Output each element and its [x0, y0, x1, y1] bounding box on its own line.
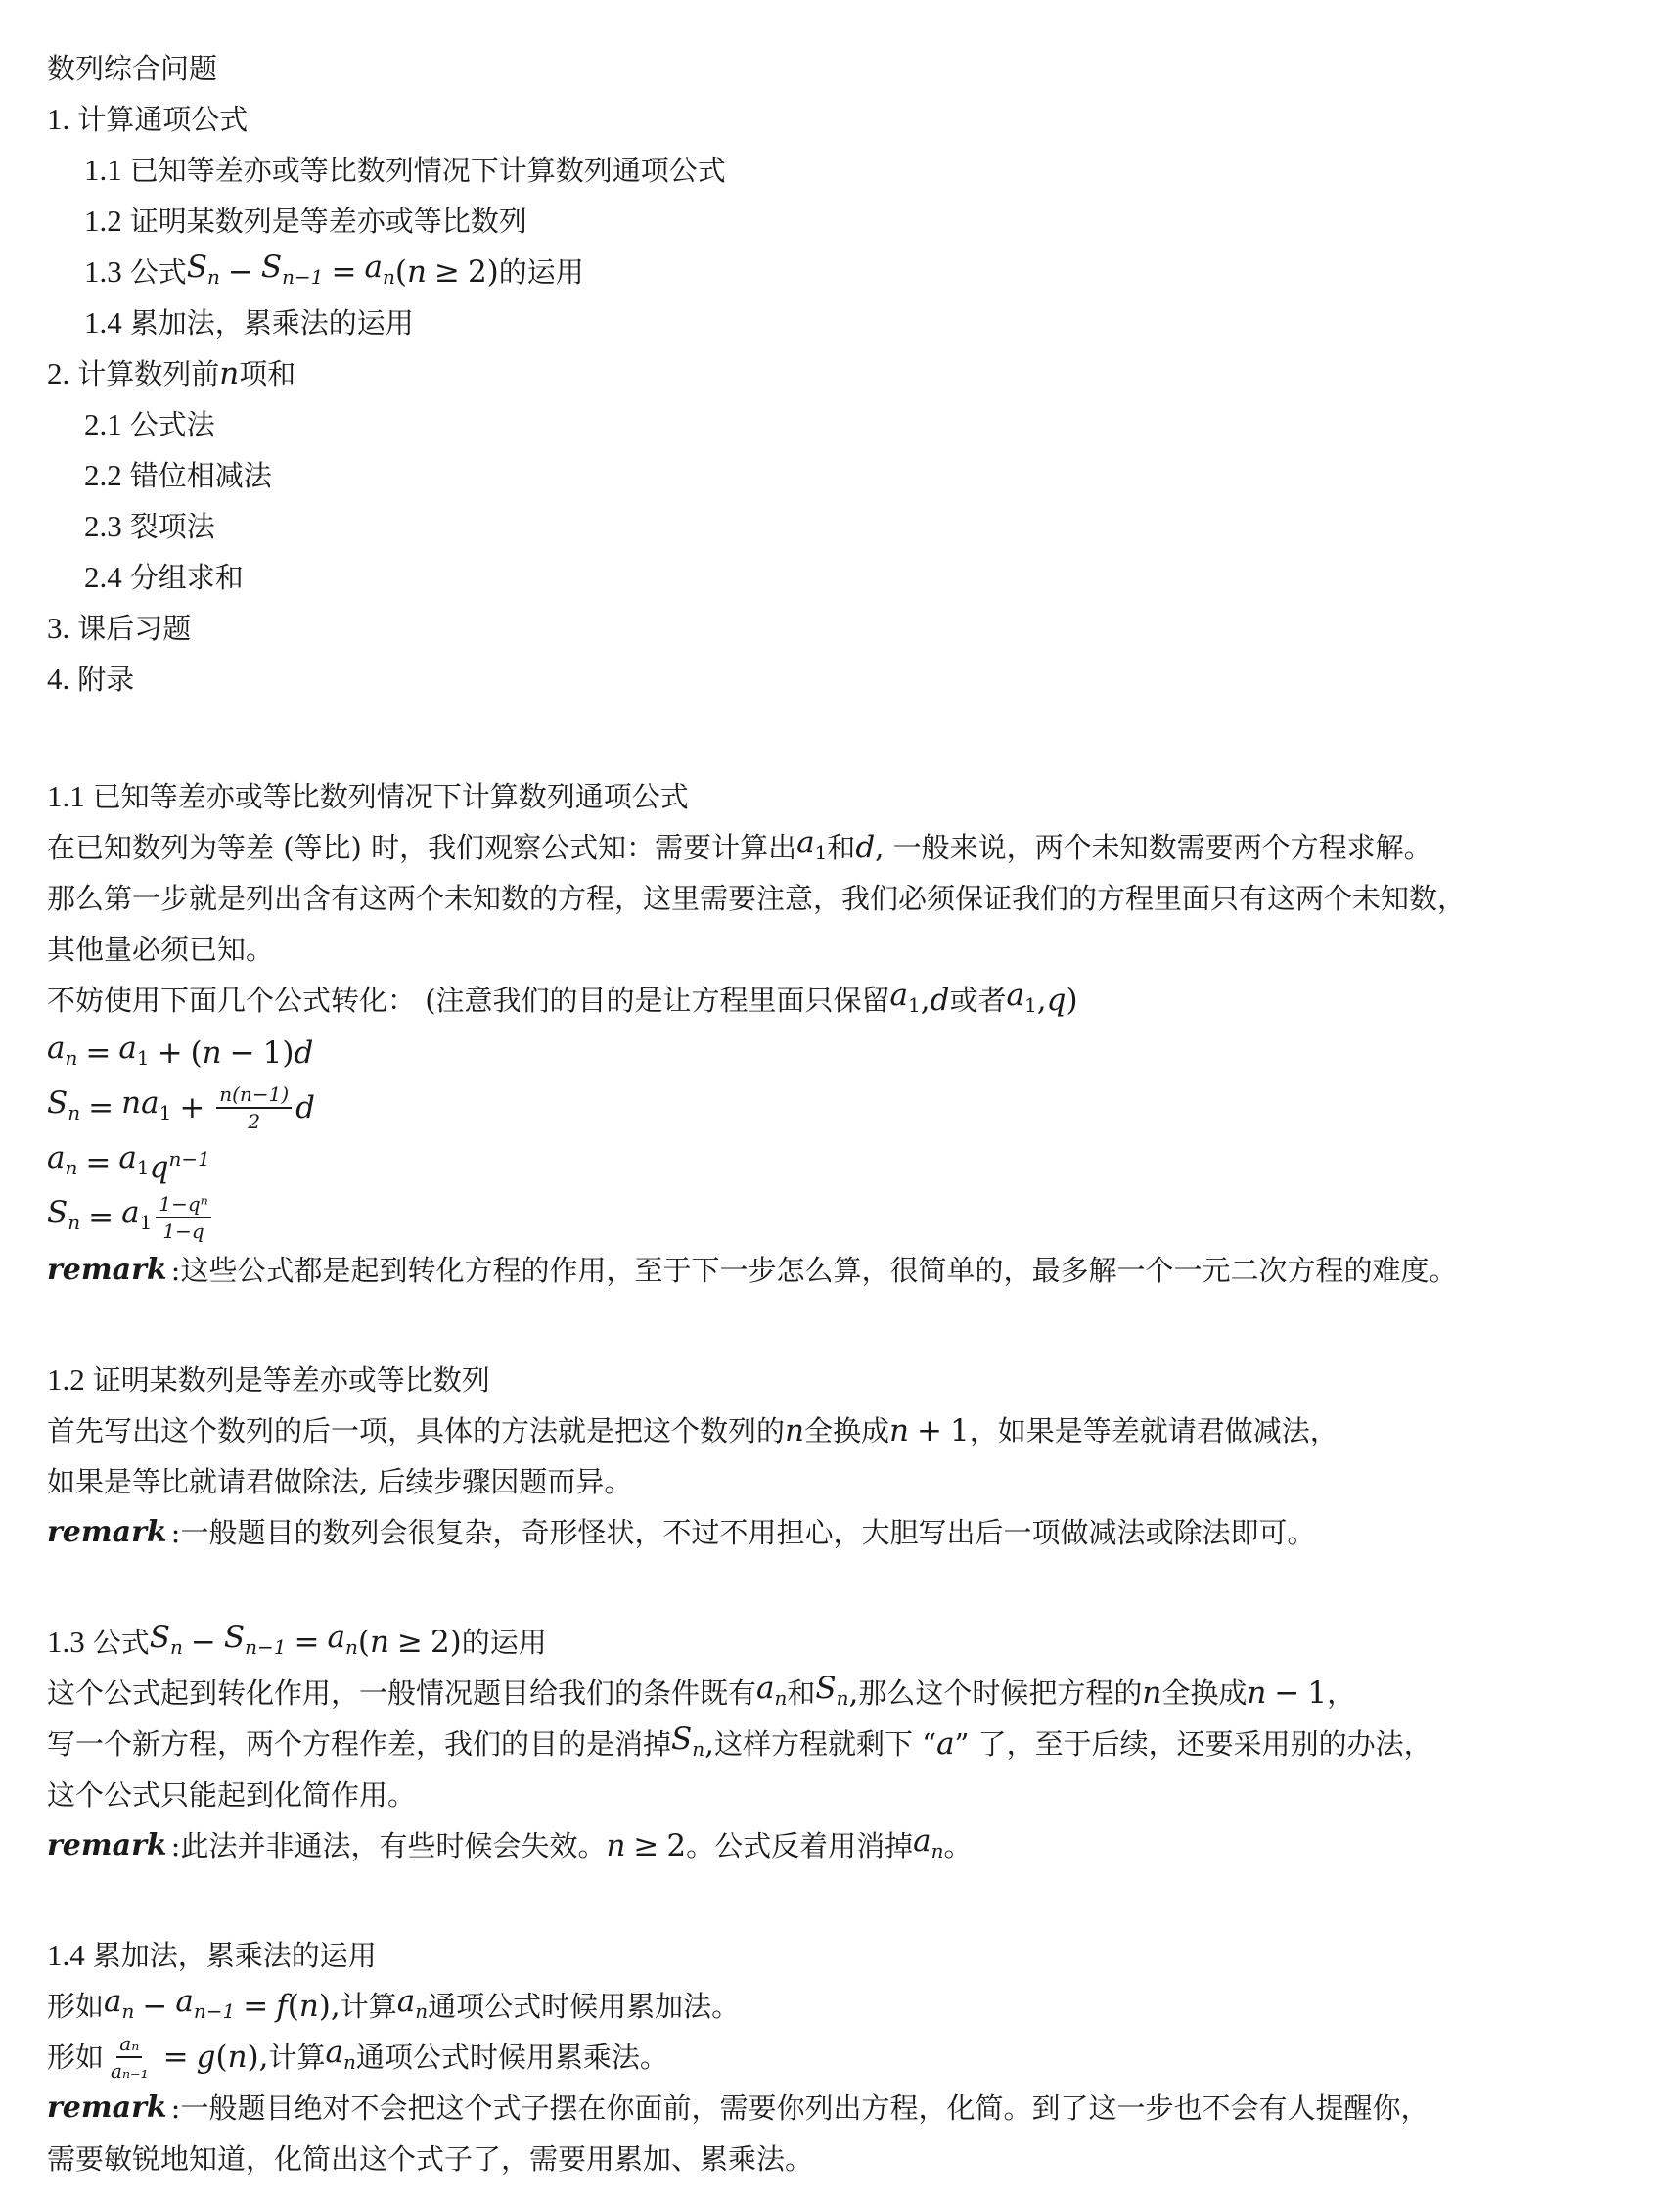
text-run: 那么这个时候把方程的: [858, 1668, 1142, 1719]
math-variable: Sn: [187, 242, 220, 302]
math-subscript: 1: [140, 1211, 153, 1234]
toc-chapter: 1.计算通项公式: [47, 94, 1680, 145]
text-run: 形如: [47, 1981, 104, 2032]
text-run: , 一般来说，两个未知数需要两个方程求解。: [875, 822, 1431, 873]
section-number: 1.3: [84, 247, 122, 298]
math-operator: =: [324, 247, 365, 298]
text-run: 计算: [269, 2032, 326, 2083]
document-page: 数列综合问题 1.计算通项公式1.1已知等差亦或等比数列情况下计算数列通项公式1…: [0, 0, 1680, 2184]
table-of-contents: 1.计算通项公式1.1已知等差亦或等比数列情况下计算数列通项公式1.2证明某数列…: [47, 94, 1680, 705]
text-run: :一般题目绝对不会把这个式子摆在你面前，需要你列出方程，化简。到了这一步也不会有…: [171, 2083, 1430, 2134]
math-variable: n: [1142, 1668, 1161, 1719]
math-subscript: n−1: [282, 265, 323, 289]
math-variable: a1: [1007, 970, 1037, 1031]
math-operator: =: [235, 1981, 276, 2032]
math-subscript: n: [837, 1686, 849, 1710]
math-operator: +: [150, 1028, 191, 1079]
math-subscript: 1: [815, 841, 828, 864]
math-variable: an: [328, 1612, 358, 1673]
fraction-numerator: aₙ: [116, 2034, 142, 2058]
text-run: :这些公式都是起到转化方程的作用，至于下一步怎么算，很简单的，最多解一个一元二次…: [171, 1245, 1458, 1296]
math-subscript: n: [170, 1635, 183, 1659]
text-run: 的运用: [462, 1617, 547, 1668]
math-subscript: 1: [159, 1101, 172, 1125]
paragraph-line: 不妨使用下面几个公式转化： (注意我们的目的是让方程里面只保留 a1, d 或者…: [47, 975, 1680, 1026]
math-variable: n: [606, 1820, 625, 1871]
remark-line: remark:此法并非通法，有些时候会失效。 n≥2 。公式反着用消掉 an 。: [47, 1820, 1680, 1871]
text-run: ，如果是等差就请君做减法，: [970, 1405, 1339, 1456]
math-variable: an: [397, 1976, 428, 2037]
document-sections: 1.1已知等差亦或等比数列情况下计算数列通项公式在已知数列为等差 (等比) 时，…: [47, 771, 1680, 2184]
document-title: 数列综合问题: [47, 43, 1680, 94]
math-subscript: 1: [137, 1046, 150, 1070]
text-run: 形如: [47, 2032, 104, 2083]
text-run: 计算通项公式: [77, 94, 248, 145]
section-number: 1.: [47, 94, 69, 145]
math-variable: a1: [796, 817, 827, 878]
math-subscript: n: [68, 1211, 80, 1234]
paragraph-line: 形如 an−an−1=f(n), 计算 an 通项公式时候用累加法。: [47, 1981, 1680, 2032]
text-run: 累加法，累乘法的运用: [130, 298, 414, 348]
math-subscript: n: [383, 265, 395, 289]
text-run: 这个公式只能起到化简作用。: [47, 1769, 416, 1820]
text-run: 附录: [77, 654, 134, 705]
text-run: 其他量必须已知。: [47, 924, 274, 975]
math-subscript: n: [343, 2050, 356, 2074]
section-heading: 1.2证明某数列是等差亦或等比数列: [47, 1355, 1680, 1405]
math-variable: an: [104, 1976, 134, 2037]
text-run: 已知等差亦或等比数列情况下计算数列通项公式: [130, 145, 726, 196]
math-variable: n: [1247, 1668, 1266, 1719]
math-symbol: (: [395, 247, 407, 298]
text-run: 计算: [341, 1981, 397, 2032]
math-operator: +: [909, 1405, 950, 1456]
math-symbol: ,: [849, 1668, 859, 1719]
math-subscript: n: [65, 1046, 77, 1070]
paragraph-line: 这个公式只能起到化简作用。: [47, 1769, 1680, 1820]
text-run: 累加法，累乘法的运用: [93, 1930, 377, 1981]
math-symbol: ),: [248, 2032, 269, 2083]
toc-chapter: 4.附录: [47, 654, 1680, 705]
section-1-2: 1.2证明某数列是等差亦或等比数列首先写出这个数列的后一项，具体的方法就是把这个…: [47, 1355, 1680, 1558]
math-subscript: 1: [1024, 993, 1037, 1017]
paragraph-line: 在已知数列为等差 (等比) 时，我们观察公式知：需要计算出 a1 和 d, 一般…: [47, 822, 1680, 873]
text-run: 裂项法: [130, 501, 215, 552]
text-run: 公式: [130, 247, 187, 298]
math-variable: d: [295, 1082, 315, 1133]
fraction-numerator: 1−qⁿ: [156, 1194, 210, 1218]
section-spacer: [47, 705, 1680, 771]
math-variable: n: [219, 348, 239, 399]
math-operator: +: [171, 1082, 212, 1133]
text-run: 这个公式起到转化作用，一般情况题目给我们的条件既有: [47, 1668, 756, 1719]
math-operator: =: [80, 1082, 121, 1133]
text-run: 的运用: [499, 247, 584, 298]
text-run: 那么第一步就是列出含有这两个未知数的方程，这里需要注意，我们必须保证我们的方程里…: [47, 873, 1466, 924]
math-variable: Sn: [671, 1714, 704, 1774]
math-subscript: 1: [908, 993, 921, 1017]
text-run: 公式: [93, 1617, 150, 1668]
section-heading: 1.3公式 Sn−Sn−1=an(n≥2) 的运用: [47, 1617, 1680, 1668]
section-spacer: [47, 1558, 1680, 1617]
paragraph-line: 那么第一步就是列出含有这两个未知数的方程，这里需要注意，我们必须保证我们的方程里…: [47, 873, 1680, 924]
section-1-3: 1.3公式 Sn−Sn−1=an(n≥2) 的运用这个公式起到转化作用，一般情况…: [47, 1617, 1680, 1871]
math-operator: =: [77, 1028, 118, 1079]
text-run: 这样方程就剩下 “: [714, 1719, 936, 1769]
math-fraction: n(n−1)2: [216, 1084, 292, 1131]
remark-label: remark: [47, 1820, 167, 1871]
math-symbol: (: [215, 2032, 227, 2083]
section-number: 3.: [47, 603, 69, 654]
toc-subsection: 1.2证明某数列是等差亦或等比数列: [47, 196, 1680, 247]
remark-label: remark: [47, 1245, 167, 1296]
math-symbol: ,: [1037, 975, 1047, 1026]
section-number: 2.: [47, 348, 69, 399]
math-symbol: (: [288, 1981, 299, 2032]
math-subscript: n−1: [194, 1999, 235, 2023]
math-symbol: ): [1066, 975, 1077, 1026]
math-subscript: n: [692, 1737, 704, 1761]
math-variable: a1: [121, 1187, 152, 1248]
toc-subsection: 2.3裂项法: [47, 501, 1680, 552]
math-symbol: 2: [666, 1820, 686, 1871]
section-heading: 1.4累加法，累乘法的运用: [47, 1930, 1680, 1981]
text-run: 项和: [239, 348, 295, 399]
section-number: 2.2: [84, 450, 122, 501]
text-run: 和: [787, 1668, 815, 1719]
math-symbol: 2): [468, 247, 499, 298]
formula-line: an=a1+(n−1)d: [47, 1026, 1680, 1080]
section-1-4: 1.4累加法，累乘法的运用形如 an−an−1=f(n), 计算 an 通项公式…: [47, 1930, 1680, 2184]
remark-line: remark:一般题目的数列会很复杂，奇形怪状，不过不用担心，大胆写出后一项做减…: [47, 1507, 1680, 1558]
text-run: 。: [944, 1820, 973, 1871]
math-variable: an: [47, 1023, 77, 1083]
math-variable: an: [326, 2027, 356, 2088]
toc-subsection: 2.1公式法: [47, 399, 1680, 450]
math-operator: =: [80, 1192, 121, 1243]
paragraph-line: 如果是等比就请君做除法, 后续步骤因题而异。: [47, 1456, 1680, 1507]
formula-line: an=a1qn−1: [47, 1135, 1680, 1190]
math-symbol: 1): [263, 1028, 295, 1079]
text-run: 证明某数列是等差亦或等比数列: [93, 1355, 490, 1405]
math-subscript: n: [775, 1686, 788, 1710]
text-run: 已知等差亦或等比数列情况下计算数列通项公式: [93, 771, 689, 822]
text-run: 课后习题: [77, 603, 191, 654]
math-operator: ≥: [427, 247, 468, 298]
math-superscript: n−1: [168, 1147, 209, 1171]
math-variable: n: [889, 1405, 909, 1456]
text-run: ” 了，至于后续，还要采用别的办法，: [955, 1719, 1432, 1769]
math-variable: Sn: [47, 1187, 80, 1248]
text-run: :一般题目的数列会很复杂，奇形怪状，不过不用担心，大胆写出后一项做减法或除法即可…: [171, 1507, 1316, 1558]
math-subscript: n: [415, 1999, 428, 2023]
toc-subsection: 2.4分组求和: [47, 552, 1680, 603]
fraction-denominator: 1−q: [159, 1218, 206, 1241]
toc-chapter: 3.课后习题: [47, 603, 1680, 654]
text-run: 需要敏锐地知道，化简出这个式子了，需要用累加、累乘法。: [47, 2134, 813, 2184]
paragraph-line: 首先写出这个数列的后一项，具体的方法就是把这个数列的 n 全换成 n+1 ，如果…: [47, 1405, 1680, 1456]
math-subscript: n: [931, 1839, 944, 1862]
section-number: 2.4: [84, 552, 122, 603]
math-variable: an: [365, 242, 395, 302]
section-spacer: [47, 1296, 1680, 1355]
math-subscript: n: [65, 1156, 77, 1179]
math-operator: ≥: [625, 1820, 666, 1871]
math-variable: d: [931, 975, 950, 1026]
paragraph-line: 这个公式起到转化作用，一般情况题目给我们的条件既有 an 和 Sn, 那么这个时…: [47, 1668, 1680, 1719]
text-run: ，: [1327, 1668, 1355, 1719]
toc-chapter: 2.计算数列前 n 项和: [47, 348, 1680, 399]
text-run: :此法并非通法，有些时候会失效。: [171, 1820, 607, 1871]
math-operator: −: [222, 1028, 263, 1079]
text-run: 首先写出这个数列的后一项，具体的方法就是把这个数列的: [47, 1405, 785, 1456]
formula-line: Sn=na1+n(n−1)2d: [47, 1080, 1680, 1135]
section-number: 1.2: [84, 196, 122, 247]
paragraph-line: 其他量必须已知。: [47, 924, 1680, 975]
text-run: 计算数列前: [77, 348, 219, 399]
math-symbol: 2): [431, 1617, 462, 1668]
toc-subsection: 1.1已知等差亦或等比数列情况下计算数列通项公式: [47, 145, 1680, 196]
math-variable: g: [197, 2032, 216, 2083]
math-operator: =: [287, 1617, 328, 1668]
paragraph-line: 写一个新方程，两个方程作差，我们的目的是消掉 Sn, 这样方程就剩下 “a” 了…: [47, 1719, 1680, 1769]
math-fraction: aₙaₙ₋₁: [108, 2034, 152, 2081]
math-fraction: 1−qⁿ1−q: [156, 1194, 210, 1241]
math-symbol: 1: [950, 1405, 970, 1456]
text-run: 通项公式时候用累乘法。: [356, 2032, 668, 2083]
text-run: 全换成: [1161, 1668, 1247, 1719]
math-variable: n: [203, 1028, 222, 1079]
math-operator: −: [134, 1981, 175, 2032]
toc-subsection: 1.4累加法，累乘法的运用: [47, 298, 1680, 348]
math-symbol: ),: [319, 1981, 341, 2032]
section-number: 1.3: [47, 1617, 85, 1668]
math-variable: Sn: [150, 1612, 183, 1673]
text-run: 不妨使用下面几个公式转化： (注意我们的目的是让方程里面只保留: [47, 975, 890, 1026]
math-variable: an: [913, 1815, 943, 1876]
paragraph-line: 形如 aₙaₙ₋₁=g(n), 计算 an 通项公式时候用累乘法。: [47, 2032, 1680, 2083]
section-heading: 1.1已知等差亦或等比数列情况下计算数列通项公式: [47, 771, 1680, 822]
math-variable: Sn−1: [224, 1612, 287, 1673]
remark-label: remark: [47, 1507, 167, 1558]
math-operator: −: [183, 1617, 224, 1668]
math-operator: −: [220, 247, 261, 298]
section-number: 2.3: [84, 501, 122, 552]
math-symbol: 1: [1307, 1668, 1327, 1719]
math-symbol: ,: [704, 1719, 714, 1769]
text-run: 证明某数列是等差亦或等比数列: [130, 196, 527, 247]
math-variable: a1: [118, 1023, 149, 1083]
text-run: 在已知数列为等差 (等比) 时，我们观察公式知：需要计算出: [47, 822, 796, 873]
fraction-numerator: n(n−1): [216, 1084, 292, 1109]
text-run: 错位相减法: [130, 450, 272, 501]
math-variable: a1: [890, 970, 921, 1031]
math-subscript: n: [207, 265, 220, 289]
math-subscript: n: [122, 1999, 135, 2023]
text-run: 。公式反着用消掉: [686, 1820, 913, 1871]
text-run: 公式法: [130, 399, 215, 450]
math-symbol: ,: [921, 975, 931, 1026]
text-run: 通项公式时候用累加法。: [428, 1981, 740, 2032]
math-subscript: n: [68, 1101, 80, 1125]
paragraph-line: 需要敏锐地知道，化简出这个式子了，需要用累加、累乘法。: [47, 2134, 1680, 2184]
toc-subsection: 1.3公式 Sn−Sn−1=an(n≥2) 的运用: [47, 247, 1680, 298]
math-variable: an: [47, 1132, 77, 1193]
math-variable: na1: [121, 1078, 171, 1138]
section-number: 4.: [47, 654, 69, 705]
fraction-denominator: 2: [245, 1109, 263, 1131]
math-subscript: n: [345, 1635, 358, 1659]
math-variable: a1: [118, 1132, 149, 1193]
math-variable: Sn−1: [261, 242, 324, 302]
math-variable: n: [407, 247, 427, 298]
math-variable: d: [294, 1028, 313, 1079]
math-variable: q: [1047, 975, 1067, 1026]
text-run: 或者: [949, 975, 1006, 1026]
section-number: 2.1: [84, 399, 122, 450]
math-symbol: (: [358, 1617, 370, 1668]
math-subscript: n−1: [245, 1635, 286, 1659]
text-run: 和: [827, 822, 855, 873]
math-variable: an: [756, 1663, 787, 1723]
section-number: 1.2: [47, 1355, 85, 1405]
section-number: 1.1: [47, 771, 85, 822]
math-variable: d: [855, 822, 875, 873]
toc-subsection: 2.2错位相减法: [47, 450, 1680, 501]
math-variable: Sn: [47, 1078, 80, 1138]
section-spacer: [47, 1871, 1680, 1930]
remark-line: remark:这些公式都是起到转化方程的作用，至于下一步怎么算，很简单的，最多解…: [47, 1245, 1680, 1296]
section-number: 1.4: [47, 1930, 85, 1981]
section-1-1: 1.1已知等差亦或等比数列情况下计算数列通项公式在已知数列为等差 (等比) 时，…: [47, 771, 1680, 1296]
math-subscript: 1: [137, 1156, 150, 1179]
remark-label: remark: [47, 2083, 167, 2134]
math-variable: a: [936, 1719, 954, 1769]
math-variable: n: [299, 1981, 319, 2032]
text-run: 分组求和: [130, 552, 244, 603]
math-symbol: (: [191, 1028, 203, 1079]
section-number: 1.1: [84, 145, 122, 196]
text-run: 全换成: [804, 1405, 889, 1456]
math-variable: Sn: [815, 1663, 848, 1723]
math-variable: n: [228, 2032, 248, 2083]
remark-line: remark:一般题目绝对不会把这个式子摆在你面前，需要你列出方程，化简。到了这…: [47, 2083, 1680, 2134]
math-operator: =: [156, 2032, 197, 2083]
math-variable: n: [785, 1405, 804, 1456]
formula-line: Sn=a11−qⁿ1−q: [47, 1190, 1680, 1245]
text-run: 如果是等比就请君做除法, 后续步骤因题而异。: [47, 1456, 632, 1507]
math-variable: qn−1: [150, 1133, 210, 1193]
math-variable: an−1: [175, 1976, 235, 2037]
math-operator: =: [77, 1137, 118, 1188]
math-variable: n: [370, 1617, 389, 1668]
math-operator: ≥: [389, 1617, 431, 1668]
section-number: 1.4: [84, 298, 122, 348]
math-operator: −: [1266, 1668, 1307, 1719]
math-variable: f: [276, 1981, 287, 2032]
text-run: 写一个新方程，两个方程作差，我们的目的是消掉: [47, 1719, 671, 1769]
fraction-denominator: aₙ₋₁: [108, 2058, 152, 2081]
